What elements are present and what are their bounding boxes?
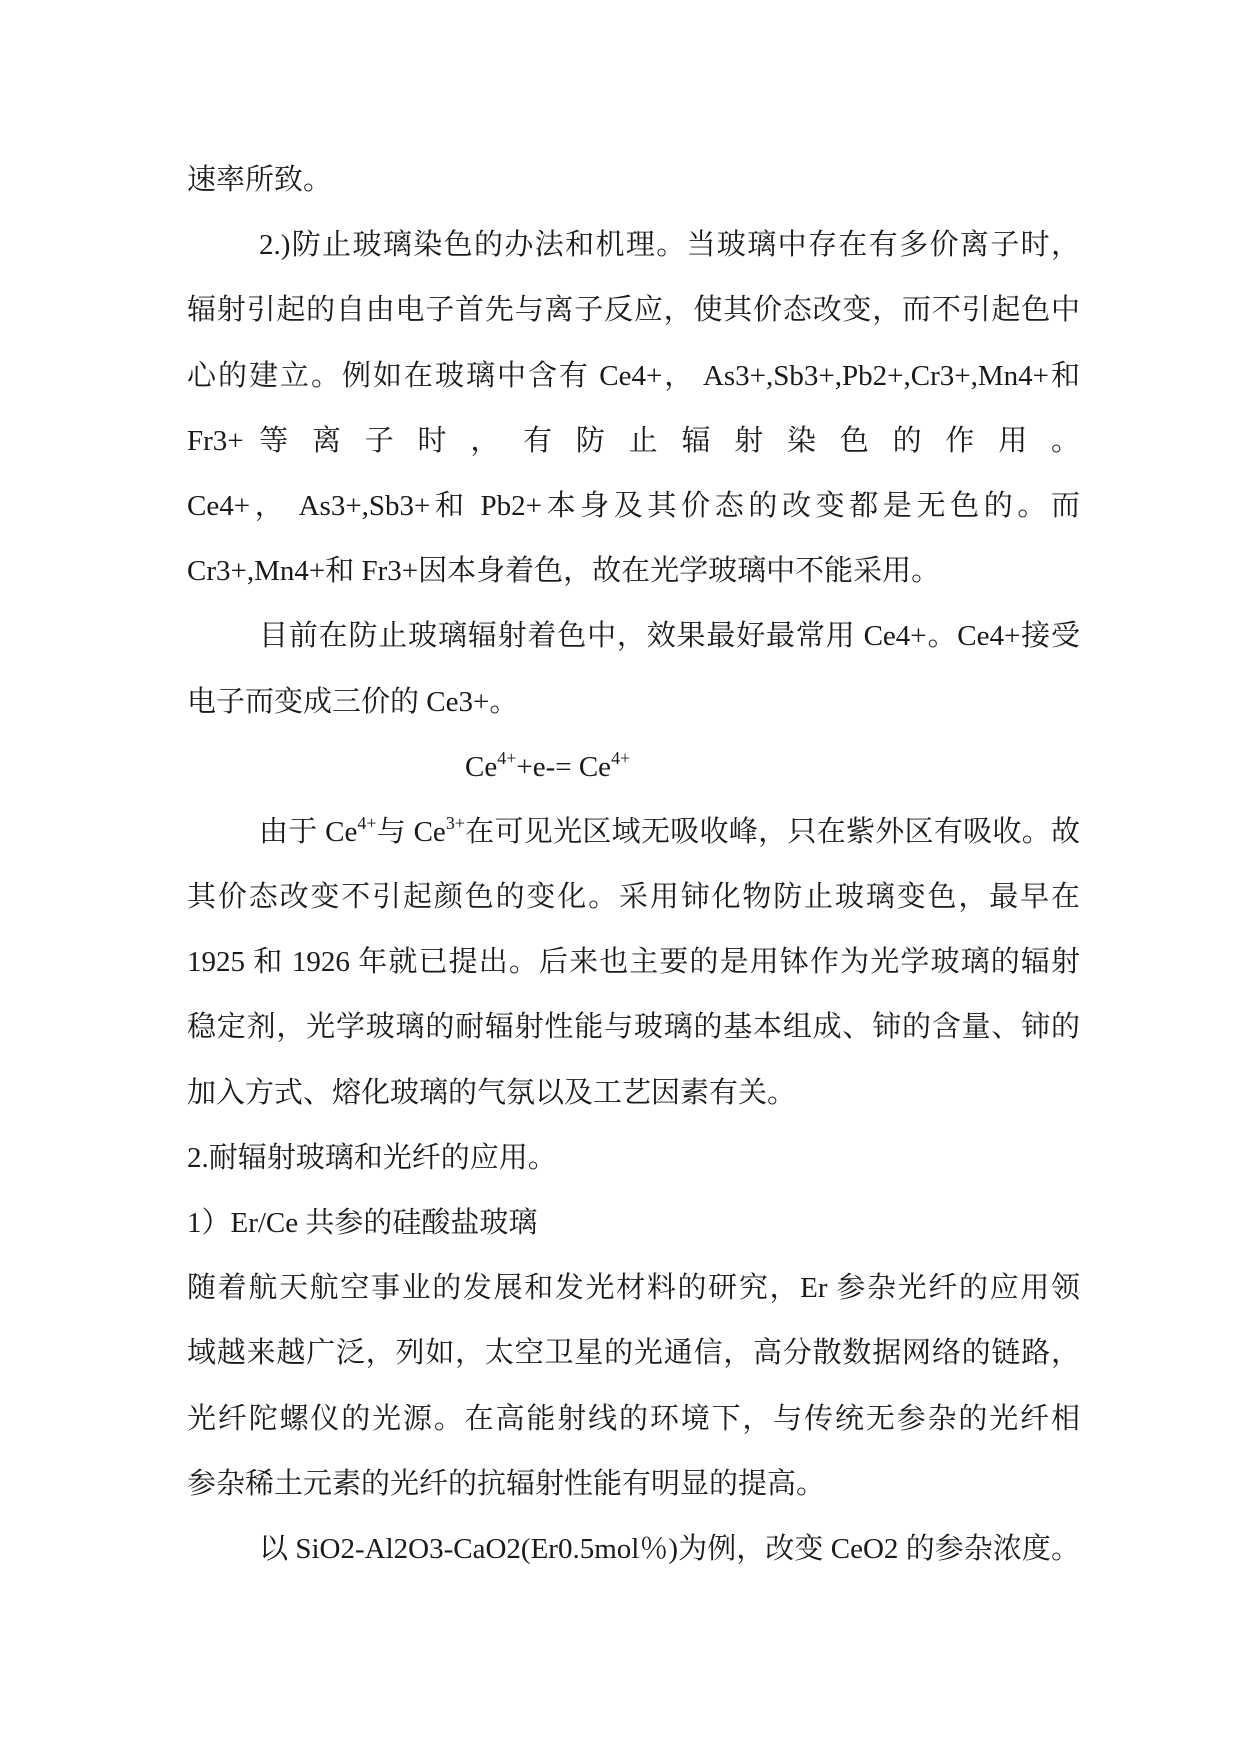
text-line: 光纤陀螺仪的光源。在高能射线的环境下，与传统无参杂的光纤相比， xyxy=(187,1387,1080,1452)
text-segment: 与 Ce xyxy=(376,816,445,848)
superscript: 3+ xyxy=(446,813,465,833)
text-line: Ce4+， As3+,Sb3+和 Pb2+本身及其价态的改变都是无色的。而 xyxy=(187,474,1080,539)
text-line: 目前在防止玻璃辐射着色中，效果最好最常用 Ce4+。Ce4+接受 xyxy=(187,604,1080,669)
superscript: 4+ xyxy=(357,813,376,833)
document-body: 速率所致。 2.)防止玻璃染色的办法和机理。当玻璃中存在有多价离子时， 辐射引起… xyxy=(187,148,1080,1582)
text-line: 参杂稀土元素的光纤的抗辐射性能有明显的提高。 xyxy=(187,1452,1080,1517)
section-heading: 2.耐辐射玻璃和光纤的应用。 xyxy=(187,1126,1080,1191)
text-line: 1925 和 1926 年就已提出。后来也主要的是用钵作为光学玻璃的辐射 xyxy=(187,930,1080,995)
text-line: 其价态改变不引起颜色的变化。采用铈化物防止玻璃变色，最早在 xyxy=(187,865,1080,930)
text-line: 2.)防止玻璃染色的办法和机理。当玻璃中存在有多价离子时， xyxy=(187,213,1080,278)
text-line: 域越来越广泛，列如，太空卫星的光通信，高分散数据网络的链路， xyxy=(187,1321,1080,1386)
text-line: 以 SiO2-Al2O3-CaO2(Er0.5mol％)为例，改变 CeO2 的… xyxy=(187,1517,1080,1582)
formula-operator: +e-= xyxy=(516,751,579,783)
text-line: 加入方式、熔化玻璃的气氛以及工艺因素有关。 xyxy=(187,1061,1080,1126)
superscript: 4+ xyxy=(611,748,630,768)
subsection-heading: 1）Er/Ce 共参的硅酸盐玻璃 xyxy=(187,1191,1080,1256)
formula-line: Ce4++e-= Ce4+ xyxy=(187,735,1080,800)
superscript: 4+ xyxy=(497,748,516,768)
text-line: Cr3+,Mn4+和 Fr3+因本身着色，故在光学玻璃中不能采用。 xyxy=(187,539,1080,604)
text-line: 速率所致。 xyxy=(187,148,1080,213)
text-line: 随着航天航空事业的发展和发光材料的研究，Er 参杂光纤的应用领 xyxy=(187,1256,1080,1321)
formula-base: Ce xyxy=(465,751,497,783)
text-line: 稳定剂，光学玻璃的耐辐射性能与玻璃的基本组成、铈的含量、铈的 xyxy=(187,995,1080,1060)
text-segment: 在可见光区域无吸收峰，只在紫外区有吸收。故 xyxy=(465,816,1080,848)
text-line: 由于 Ce4+与 Ce3+在可见光区域无吸收峰，只在紫外区有吸收。故 xyxy=(187,800,1080,865)
text-line: 辐射引起的自由电子首先与离子反应，使其价态改变，而不引起色中 xyxy=(187,278,1080,343)
document-page: 速率所致。 2.)防止玻璃染色的办法和机理。当玻璃中存在有多价离子时， 辐射引起… xyxy=(0,0,1240,1753)
text-line: Fr3+ 等 离 子 时 ， 有 防 止 辐 射 染 色 的 作 用 。 xyxy=(187,409,1080,474)
text-segment: 由于 Ce xyxy=(259,816,357,848)
formula-base: Ce xyxy=(579,751,611,783)
text-line: 电子而变成三价的 Ce3+。 xyxy=(187,670,1080,735)
text-line: 心的建立。例如在玻璃中含有 Ce4+， As3+,Sb3+,Pb2+,Cr3+,… xyxy=(187,344,1080,409)
